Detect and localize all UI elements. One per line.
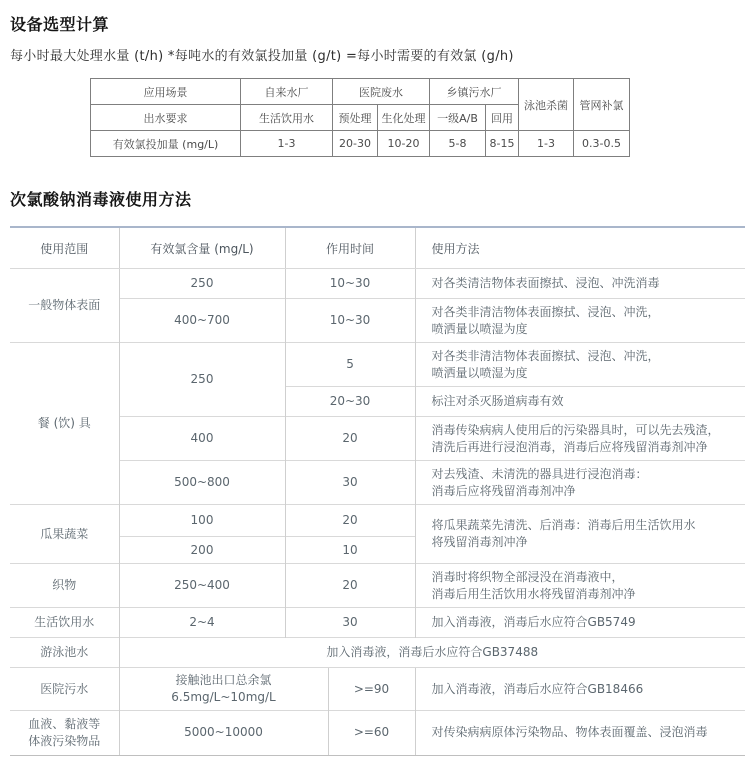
section-title-usage-method: 次氯酸钠消毒液使用方法 — [10, 187, 745, 210]
time-cell: >=60 — [328, 711, 415, 755]
time-cell: 30 — [285, 608, 415, 638]
usage-scope-cell: 一般物体表面 — [10, 269, 119, 343]
concentration-cell: 接触池出口总余氯6.5mg/L~10mg/L — [119, 668, 328, 711]
table-cell: 0.3-0.5 — [574, 131, 630, 157]
table-cell: 10-20 — [378, 131, 430, 157]
method-cell: 将瓜果蔬菜先清洗、后消毒：消毒后用生活饮用水 将残留消毒剂冲净 — [415, 505, 745, 564]
concentration-cell: 250~400 — [119, 564, 285, 608]
table-row: 400 20 消毒传染病病人使用后的污染器具时，可以先去残渣， 清洗后再进行浸泡… — [10, 417, 745, 461]
concentration-cell: 200 — [119, 537, 285, 564]
table-row: 应用场景 自来水厂 医院废水 乡镇污水厂 泳池杀菌 管网补氯 — [91, 79, 630, 105]
time-cell: 10 — [285, 537, 415, 564]
header-row: 使用范围 有效氯含量 (mg/L) 作用时间 使用方法 — [10, 228, 745, 269]
table-cell: 一级A/B — [430, 105, 486, 131]
method-cell: 加入消毒液，消毒后水应符合GB5749 — [415, 608, 745, 638]
table-row: 血液、黏液等 体液污染物品 5000~10000 >=60 对传染病病原体污染物… — [10, 711, 745, 755]
table-cell: 有效氯投加量 (mg/L) — [91, 131, 241, 157]
method-cell: 对各类非清洁物体表面擦拭、浸泡、冲洗， 喷洒量以喷湿为度 — [415, 343, 745, 387]
method-cell: 对传染病病原体污染物品、物体表面覆盖、浸泡消毒 — [415, 711, 745, 755]
document-page: 设备选型计算 每小时最大处理水量 (t/h) *每吨水的有效氯投加量 (g/t)… — [0, 0, 756, 760]
table-row: 一般物体表面 250 10~30 对各类清洁物体表面擦拭、浸泡、冲洗消毒 — [10, 269, 745, 299]
table-cell: 1-3 — [241, 131, 333, 157]
column-header-method: 使用方法 — [415, 228, 745, 269]
time-cell: 20 — [285, 564, 415, 608]
table-row: 织物 250~400 20 消毒时将织物全部浸没在消毒液中， 消毒后用生活饮用水… — [10, 564, 745, 608]
table-cell: 8-15 — [486, 131, 519, 157]
column-header-time: 作用时间 — [285, 228, 415, 269]
selection-table: 应用场景 自来水厂 医院废水 乡镇污水厂 泳池杀菌 管网补氯 出水要求 生活饮用… — [90, 78, 630, 157]
time-cell: 5 — [285, 343, 415, 387]
column-header-concentration: 有效氯含量 (mg/L) — [119, 228, 285, 269]
table-cell: 1-3 — [519, 131, 574, 157]
time-cell: 20~30 — [285, 387, 415, 417]
section-title-equipment-selection: 设备选型计算 — [10, 12, 745, 35]
concentration-cell: 400 — [119, 417, 285, 461]
usage-scope-cell: 医院污水 — [10, 668, 119, 711]
table-cell: 预处理 — [333, 105, 378, 131]
method-cell: 消毒时将织物全部浸没在消毒液中， 消毒后用生活饮用水将残留消毒剂冲净 — [415, 564, 745, 608]
table-row: 有效氯投加量 (mg/L) 1-3 20-30 10-20 5-8 8-15 1… — [91, 131, 630, 157]
table-cell: 20-30 — [333, 131, 378, 157]
method-cell: 消毒传染病病人使用后的污染器具时，可以先去残渣， 清洗后再进行浸泡消毒，消毒后应… — [415, 417, 745, 461]
table-row: 游泳池水 加入消毒液，消毒后水应符合GB37488 — [10, 638, 745, 668]
method-cell: 加入消毒液，消毒后水应符合GB18466 — [415, 668, 745, 711]
table-row: 生活饮用水 2~4 30 加入消毒液，消毒后水应符合GB5749 — [10, 608, 745, 638]
table-cell: 5-8 — [430, 131, 486, 157]
time-cell: >=90 — [328, 668, 415, 711]
method-cell: 对各类非清洁物体表面擦拭、浸泡、冲洗， 喷洒量以喷湿为度 — [415, 299, 745, 343]
merged-note-cell: 加入消毒液，消毒后水应符合GB37488 — [119, 638, 745, 668]
table-cell: 回用 — [486, 105, 519, 131]
concentration-cell: 250 — [119, 343, 285, 417]
concentration-cell: 5000~10000 — [119, 711, 328, 755]
table-cell: 应用场景 — [91, 79, 241, 105]
table-cell: 生活饮用水 — [241, 105, 333, 131]
column-header-scope: 使用范围 — [10, 228, 119, 269]
concentration-cell: 250 — [119, 269, 285, 299]
table-cell: 医院废水 — [333, 79, 430, 105]
time-cell: 20 — [285, 417, 415, 461]
table-row: 餐 (饮) 具 250 5 对各类非清洁物体表面擦拭、浸泡、冲洗， 喷洒量以喷湿… — [10, 343, 745, 387]
table-cell: 泳池杀菌 — [519, 79, 574, 131]
concentration-cell: 500~800 — [119, 461, 285, 505]
usage-scope-cell: 餐 (饮) 具 — [10, 343, 119, 505]
table-cell: 生化处理 — [378, 105, 430, 131]
table-cell: 自来水厂 — [241, 79, 333, 105]
time-cell: 10~30 — [285, 299, 415, 343]
usage-table-container: 使用范围 有效氯含量 (mg/L) 作用时间 使用方法 一般物体表面 250 1… — [10, 226, 745, 756]
table-row: 500~800 30 对去残渣、未清洗的器具进行浸泡消毒： 消毒后应将残留消毒剂… — [10, 461, 745, 505]
time-cell: 30 — [285, 461, 415, 505]
table-row: 瓜果蔬菜 100 20 将瓜果蔬菜先清洗、后消毒：消毒后用生活饮用水 将残留消毒… — [10, 505, 745, 537]
usage-scope-cell: 瓜果蔬菜 — [10, 505, 119, 564]
dosage-formula-text: 每小时最大处理水量 (t/h) *每吨水的有效氯投加量 (g/t) =每小时需要… — [10, 45, 745, 64]
time-cell: 10~30 — [285, 269, 415, 299]
usage-scope-cell: 生活饮用水 — [10, 608, 119, 638]
time-cell: 20 — [285, 505, 415, 537]
usage-table: 使用范围 有效氯含量 (mg/L) 作用时间 使用方法 一般物体表面 250 1… — [10, 228, 745, 755]
table-cell: 管网补氯 — [574, 79, 630, 131]
method-cell: 对去残渣、未清洗的器具进行浸泡消毒： 消毒后应将残留消毒剂冲净 — [415, 461, 745, 505]
usage-scope-cell: 血液、黏液等 体液污染物品 — [10, 711, 119, 755]
table-row: 400~700 10~30 对各类非清洁物体表面擦拭、浸泡、冲洗， 喷洒量以喷湿… — [10, 299, 745, 343]
table-row: 医院污水 接触池出口总余氯6.5mg/L~10mg/L >=90 加入消毒液，消… — [10, 668, 745, 711]
table-cell: 乡镇污水厂 — [430, 79, 519, 105]
usage-scope-cell: 游泳池水 — [10, 638, 119, 668]
concentration-cell: 100 — [119, 505, 285, 537]
usage-scope-cell: 织物 — [10, 564, 119, 608]
concentration-cell: 2~4 — [119, 608, 285, 638]
method-cell: 标注对杀灭肠道病毒有效 — [415, 387, 745, 417]
concentration-cell: 400~700 — [119, 299, 285, 343]
table-cell: 出水要求 — [91, 105, 241, 131]
method-cell: 对各类清洁物体表面擦拭、浸泡、冲洗消毒 — [415, 269, 745, 299]
